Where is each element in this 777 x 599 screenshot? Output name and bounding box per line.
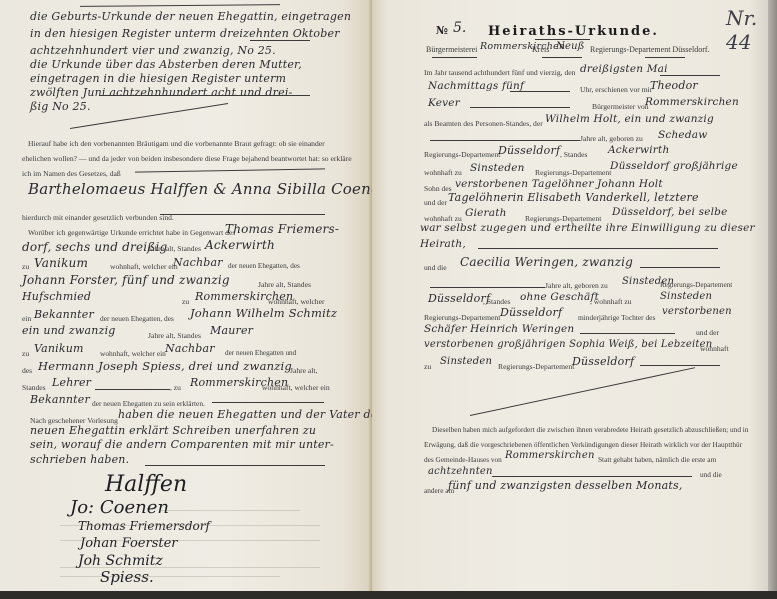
print-line: , zu [170,383,181,392]
signature-halffen: Halffen [105,472,187,497]
bride-father: Schäfer Heinrich Weringen [424,323,574,335]
print-line: der neuen Ehegatten zu sein erklärten. [92,399,205,408]
date-value: dreißigsten Mai [580,63,668,75]
rule-line [542,57,582,58]
bleed-through [60,525,320,526]
bride-department: Düsseldorf [428,292,490,305]
print-line: Standes [22,383,46,392]
rule-line [250,40,310,41]
witness-2-relation: Bekannter [34,308,94,321]
print-line: wohnhaft zu [424,168,462,177]
print-line: , Standes [483,297,510,306]
rule-line [135,168,325,172]
first-proclamation-date: achtzehnten [428,466,493,477]
print-line: wohnhaft, welcher [268,297,325,306]
official-place: Rommerskirchen [645,96,739,108]
print-line: des Gemeinde-Hauses von [424,455,502,464]
rule-line [470,107,570,108]
margin-note-line: achtzehnhundert vier und zwanzig, No 25. [30,44,276,57]
buergermeisterei-label: Bürgermeisterei [426,45,477,54]
closing-hw-line: schrieben haben. [30,453,129,466]
print-line: und die [700,470,722,479]
signature-friemersdorf: Thomas Friemersdorf [78,519,210,533]
print-line: zu [182,297,189,306]
witness-1-age: dorf, sechs und dreißig [22,240,167,254]
department-label: Regierungs-Departement Düsseldorf. [590,45,710,54]
print-line: des [22,366,32,375]
margin-note-line: ßig No 25. [30,100,91,113]
margin-note-line: zwölften Juni achtzehnhundert acht und d… [30,86,292,99]
rule-line [492,476,692,477]
print-line: zu [22,262,29,271]
print-line: Regierungs-Departement [498,362,574,371]
official-last-name: Kever [428,97,460,109]
consent-line: war selbst zugegen und ertheilte ihre Ei… [420,222,755,234]
kreis-value: Neuß [556,41,585,52]
witness-4-occupation: Lehrer [52,376,91,389]
margin-note-line: die Urkunde über das Absterben deren Mut… [30,58,302,71]
bride-name-age: Caecilia Weringen, zwanzig [460,255,633,269]
print-line: wohnhaft, welcher ein [110,262,178,271]
consent-line: Heirath, [420,238,466,250]
groom-mother-dept: Düsseldorf, bei selbe [612,206,728,218]
print-line: Erwägung, daß die vorgeschriebenen öffen… [424,440,742,449]
bride-residence-dept: Düsseldorf [500,306,562,319]
groom-department: Düsseldorf [498,144,560,157]
witness-3-relation: Nachbar [165,342,215,355]
print-line: Jahre alt, Standes [148,331,201,340]
print-line: Uhr, erschienen vor mir [580,85,652,94]
print-line: Worüber ich gegenwärtige Urkunde erricht… [28,228,235,237]
bleed-through [160,510,300,511]
print-line: und der [696,328,719,337]
page-edge [768,0,777,593]
margin-note-line: eingetragen in die hiesigen Register unt… [30,72,286,85]
print-line: der neuen Ehegatten und [225,349,296,357]
bride-mother-dept: Düsseldorf [572,355,634,368]
print-line: , wohnhaft zu [590,297,632,306]
rule-line [432,57,477,58]
bleed-through [60,567,320,568]
print-line: Hierauf habe ich den vorbenannten Bräuti… [28,139,325,148]
print-line: zu [22,349,29,358]
print-line: Jahre alt, geboren zu [545,281,608,290]
rule-line [580,333,675,334]
couple-names: Barthelomaeus Halffen & Anna Sibilla Coe… [28,180,372,198]
rule-line [645,57,685,58]
rule-line [430,140,580,141]
print-line: Im Jahr tausend achthundert fünf und vie… [424,68,575,77]
rule-line [640,365,720,366]
groom-name-age: Wilhelm Holt, ein und zwanzig [545,113,714,125]
witness-4-relation: Bekannter [30,393,90,406]
print-line: Jahre alt, Standes [148,244,201,253]
rule-line [95,389,170,390]
print-line: minderjährige Tochter des [578,313,655,322]
closing-hw-line: neuen Ehegattin erklärt Schreiben unerfa… [30,424,316,437]
rule-line [212,402,324,403]
print-line: ein [22,314,31,323]
bleed-through [60,540,320,541]
witness-3-residence: Vanikum [34,342,84,355]
print-line: der neuen Ehegatten, des [100,314,174,323]
witness-3-age: ein und zwanzig [22,324,116,337]
title-underline [535,39,590,40]
diagonal-cancel-line [70,103,228,129]
print-line: wohnhaft, welcher ein [100,349,166,358]
book-bottom-edge [0,591,777,599]
signature-spiess: Spiess. [100,568,154,586]
gemeinde-value: Rommerskirchen [505,450,595,461]
bride-residence: Sinsteden [660,291,712,302]
closing-hw-line: haben die neuen Ehegatten und der Vater … [118,408,372,421]
print-line: Jahre alt, geboren zu [580,134,643,143]
witness-4-name-age: Hermann Joseph Spiess, drei und zwanzig [38,359,292,373]
groom-residence-dept: Düsseldorf großjährige [610,160,738,172]
print-line: wohnhaft, welcher ein [262,383,330,392]
groom-residence: Sinsteden [470,162,525,174]
bride-mother-residence: Sinsteden [440,356,492,367]
print-line: Statt gehabt haben, nämlich die erste am [598,455,716,464]
print-line: hierdurch mit einander gesetzlich verbun… [22,213,174,222]
print-line: der neuen Ehegatten, des [228,262,300,270]
rule-line [100,95,310,96]
print-line: Regierungs-Departement [535,168,611,177]
print-line: Dieselben haben mich aufgefordert die zw… [432,425,748,434]
bride-father-status: verstorbenen [662,306,732,317]
witness-1-relation: Nachbar [173,256,223,269]
groom-mother-residence: Gierath [465,207,507,219]
buergermeisterei-value: Rommerskirchen [480,41,565,52]
rule-line [510,91,570,92]
print-line: Regierungs-Departement [424,313,500,322]
rule-line [430,287,545,288]
print-line: und die [424,263,447,272]
official-first-name: Theodor [650,79,698,92]
witness-3-occupation: Maurer [210,324,253,337]
witness-1-name: Thomas Friemers- [225,222,339,236]
rule-line [640,267,720,268]
print-line: zu [424,362,431,371]
closing-hw-line: sein, worauf die andern Comparenten mit … [30,438,334,451]
print-line: wohnhaft [700,344,729,353]
margin-note-line: die Geburts-Urkunde der neuen Ehegattin,… [30,10,351,23]
witness-1-residence: Vanikum [34,256,88,270]
groom-birthplace: Schedaw [658,129,707,141]
rule-line [160,214,325,215]
print-line: ehelichen wollen? — und da jeder von bei… [22,154,352,163]
certificate-number-label: № [436,24,448,37]
signature-foerster: Johan Foerster [80,536,178,551]
kreis-label: Kreis [532,45,549,54]
witness-2-name-age: Johann Forster, fünf und zwanzig [22,273,230,287]
print-line: , Standes [560,150,587,159]
margin-note-line: in den hiesigen Register unterm dreizehn… [30,27,340,40]
print-line: Jahre alt, Standes [258,280,311,289]
rule-line [660,75,720,76]
certificate-title: Heiraths-Urkunde. [488,24,659,39]
signature-coenen: Jo: Coenen [70,497,169,518]
certificate-number: 5. [453,20,466,36]
witness-1-occupation: Ackerwirth [205,238,275,252]
print-line: als Beamten des Personen-Standes, der [424,119,543,128]
rule-line [80,4,280,7]
left-page: die Geburts-Urkunde der neuen Ehegattin,… [0,0,372,593]
groom-mother: Tagelöhnerin Elisabeth Vanderkell, letzt… [448,191,699,204]
print-line: Regierungs-Departement [424,150,500,159]
print-line: und der [424,198,447,207]
bride-occupation: ohne Geschäft [520,291,599,303]
groom-occupation: Ackerwirth [608,144,669,156]
open-register-book: die Geburts-Urkunde der neuen Ehegattin,… [0,0,777,593]
print-line: ich im Namen des Gesetzes, daß [22,169,121,178]
print-line: Bürgermeister von [592,102,649,111]
print-line: Regierungs-Departement [660,281,732,289]
print-line: Jahre alt, [290,366,317,375]
witness-3-name: Johann Wilhelm Schmitz [190,306,337,320]
groom-father: verstorbenen Tagelöhner Johann Holt [455,178,663,190]
bride-mother: verstorbenen großjährigen Sophia Weiß, b… [424,339,712,350]
bleed-through [60,576,280,577]
rule-line [478,248,718,249]
rule-line [145,465,325,466]
second-proclamation-date: fünf und zwanzigsten desselben Monats, [448,479,683,492]
witness-2-occupation: Hufschmied [22,290,91,303]
